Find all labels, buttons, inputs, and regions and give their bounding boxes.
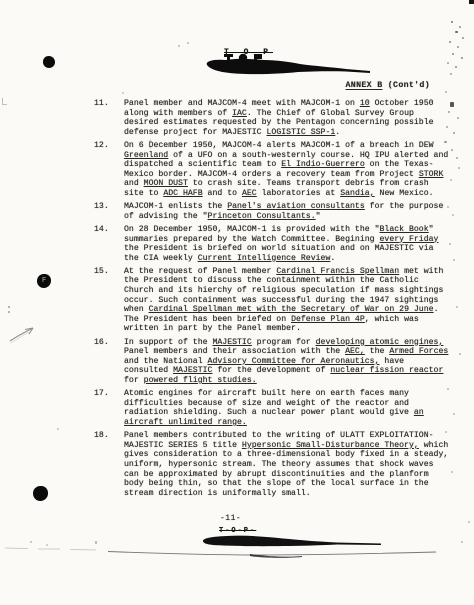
ink-dot-top (43, 56, 55, 68)
item-number: 13. (94, 202, 124, 221)
item-number: 18. (94, 431, 124, 498)
list-item: 16.In support of the MAJESTIC program fo… (94, 338, 450, 386)
item-number: 12. (94, 141, 124, 199)
margin-artifact (8, 306, 10, 313)
pencil-mark (149, 139, 154, 149)
item-text: MAJCOM-1 enlists the Panel's aviation co… (124, 202, 450, 221)
list-item: 17.Atomic engines for aircraft built her… (94, 389, 450, 427)
annex-label: ANNEX B (346, 81, 383, 90)
item-list: 11.Panel member and MAJCOM-4 meet with M… (94, 99, 450, 502)
annex-suffix: (Cont'd) (382, 81, 430, 90)
item-number: 16. (94, 338, 124, 386)
redaction-smear-top-icon (202, 52, 374, 78)
list-item: 13.MAJCOM-1 enlists the Panel's aviation… (94, 202, 450, 221)
list-item: 18.Panel members contributed to the writ… (94, 431, 450, 498)
list-item: 15.At the request of Panel member Cardin… (94, 267, 450, 334)
ink-dot-middle: F (37, 274, 51, 288)
scratch-line (0, 543, 474, 565)
item-text: Atomic engines for aircraft built here o… (124, 389, 450, 427)
item-text: Panel member and MAJCOM-4 meet with MAJC… (124, 99, 450, 137)
item-text: On 28 December 1950, MAJCOM-1 is provide… (124, 225, 450, 263)
item-number: 11. (94, 99, 124, 137)
corner-mark (469, 0, 474, 4)
item-number: 14. (94, 225, 124, 263)
item-text: In support of the MAJESTIC program for d… (124, 338, 450, 386)
ink-dot-letter: F (42, 278, 46, 285)
list-item: 11.Panel member and MAJCOM-4 meet with M… (94, 99, 450, 137)
pencil-arrow-icon (7, 320, 39, 344)
item-text: On 6 December 1950, MAJCOM-4 alerts MAJC… (124, 141, 450, 199)
page-number: -11- (220, 514, 241, 523)
item-text: Panel members contributed to the writing… (124, 431, 450, 498)
item-number: 17. (94, 389, 124, 427)
item-text: At the request of Panel member Cardinal … (124, 267, 450, 334)
ink-dot-bottom (33, 486, 48, 501)
list-item: 14.On 28 December 1950, MAJCOM-1 is prov… (94, 225, 450, 263)
list-item: 12.On 6 December 1950, MAJCOM-4 alerts M… (94, 141, 450, 199)
document-page: T O P ANNEX B (Cont'd) 11.Panel member a… (0, 0, 474, 605)
item-number: 15. (94, 267, 124, 334)
margin-artifact (2, 98, 7, 105)
annex-header: ANNEX B (Cont'd) (346, 81, 430, 90)
